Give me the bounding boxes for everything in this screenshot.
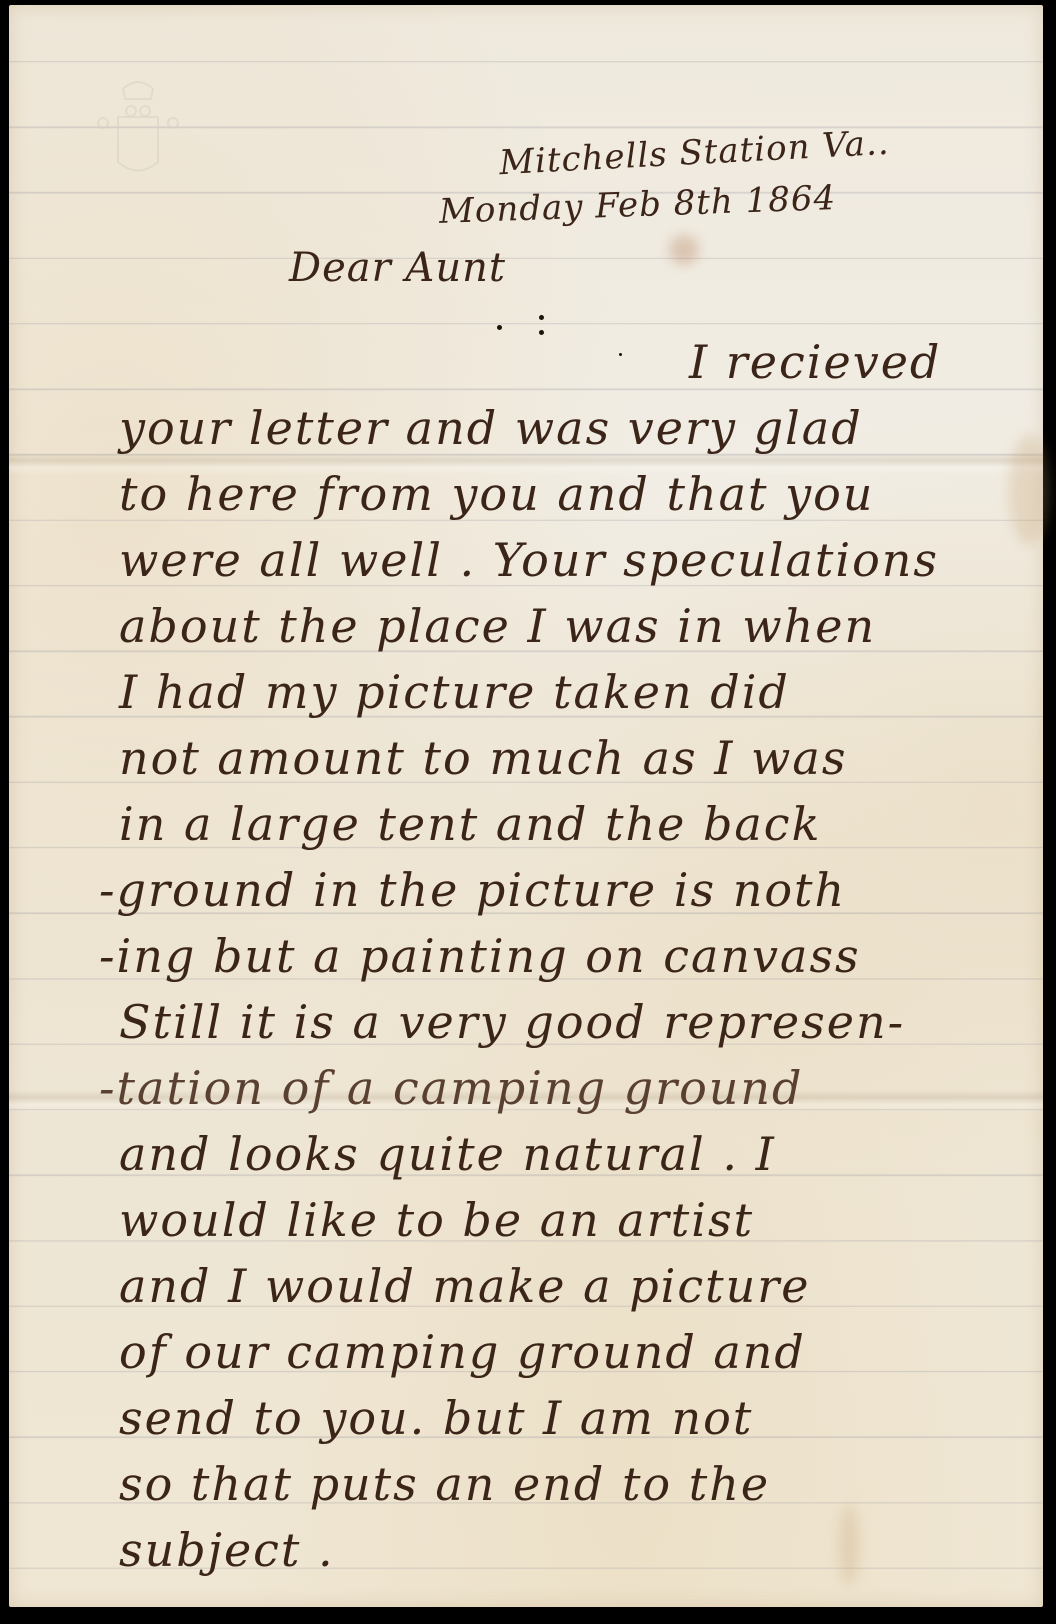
paper-stain	[669, 235, 699, 265]
letter-line: I had my picture taken did	[119, 665, 790, 719]
letter-line: about the place I was in when	[119, 599, 876, 653]
letter-line: Still it is a very good represen-	[119, 995, 905, 1049]
letter-line: -tation of a camping ground	[99, 1061, 803, 1115]
letter-line: send to you. but I am not	[119, 1391, 753, 1445]
ink-blot	[539, 315, 544, 320]
letter-line: to here from you and that you	[119, 467, 874, 521]
ink-blot	[539, 330, 544, 335]
letter-line: I recieved	[689, 335, 941, 389]
letter-line: and I would make a picture	[119, 1259, 810, 1313]
letter-line: were all well . Your speculations	[119, 533, 939, 587]
letter-line: -ground in the picture is noth	[99, 863, 846, 917]
ink-blot	[497, 325, 502, 330]
letter-line: not amount to much as I was	[119, 731, 847, 785]
letter-line: so that puts an end to the	[119, 1457, 770, 1511]
ink-blot	[619, 353, 622, 356]
paper-stain	[839, 1505, 859, 1585]
letter-salutation: Dear Aunt	[289, 245, 506, 291]
letter-line: of our camping ground and	[119, 1325, 806, 1379]
letter-line: subject .	[119, 1523, 335, 1577]
paper-stain	[1009, 435, 1049, 545]
letter-line: -ing but a painting on canvass	[99, 929, 861, 983]
letter-line: in a large tent and the back	[119, 797, 821, 851]
letter-line: and looks quite natural . I	[119, 1127, 776, 1181]
letter-line: would like to be an artist	[119, 1193, 754, 1247]
letter-line: your letter and was very glad	[119, 401, 863, 455]
embossed-crest-icon	[93, 67, 183, 187]
letter-page: Mitchells Station Va.. Monday Feb 8th 18…	[9, 5, 1043, 1607]
